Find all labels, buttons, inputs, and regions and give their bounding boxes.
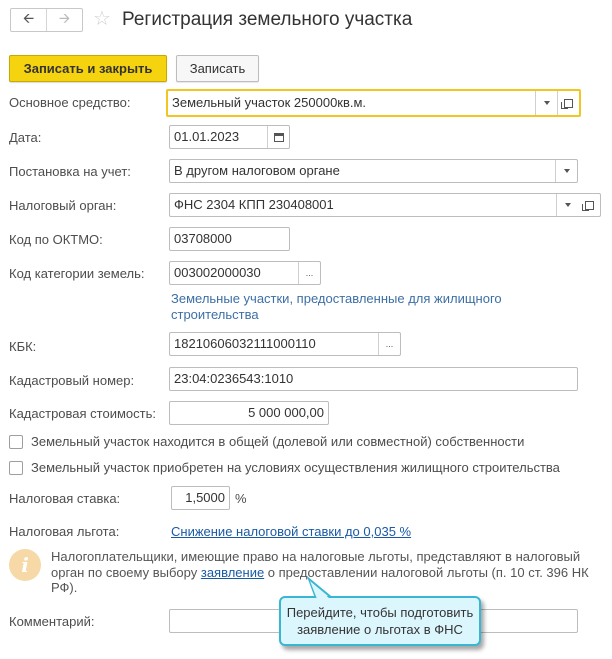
cadastral-number-field[interactable]: 23:04:0236543:1010 [169, 367, 578, 391]
asset-dropdown-button[interactable] [535, 91, 557, 115]
date-value: 01.01.2023 [170, 126, 267, 148]
kbk-label: КБК: [9, 339, 36, 355]
date-label: Дата: [9, 130, 41, 146]
tax-rate-label: Налоговая ставка: [9, 491, 120, 507]
tax-benefit-label: Налоговая льгота: [9, 524, 119, 540]
asset-value: Земельный участок 250000кв.м. [168, 91, 535, 115]
tax-authority-label: Налоговый орган: [9, 198, 116, 214]
save-and-close-button[interactable]: Записать и закрыть [9, 55, 167, 82]
cadastral-value-field[interactable]: 5 000 000,00 [169, 401, 329, 425]
back-button[interactable]: 🡨 [11, 9, 46, 31]
kbk-field[interactable]: 18210606032111000110 ... [169, 332, 401, 356]
arrow-left-icon: 🡨 [23, 8, 34, 32]
tooltip-tail-cover [300, 578, 340, 602]
land-category-value: 003002000030 [170, 262, 298, 284]
cadastral-number-value: 23:04:0236543:1010 [170, 368, 577, 390]
statement-link[interactable]: заявление [201, 565, 264, 580]
tax-authority-dropdown-button[interactable] [556, 194, 578, 216]
tax-rate-field[interactable]: 1,5000 [171, 486, 230, 510]
comment-label: Комментарий: [9, 614, 95, 630]
housing-construction-checkbox[interactable] [9, 461, 23, 475]
oktmo-field[interactable]: 03708000 [169, 227, 290, 251]
asset-label: Основное средство: [9, 95, 131, 111]
tax-authority-open-button[interactable] [578, 194, 600, 216]
chevron-down-icon [544, 101, 550, 105]
forward-button[interactable]: 🡪 [46, 9, 82, 31]
asset-field[interactable]: Земельный участок 250000кв.м. [166, 89, 581, 117]
open-icon [585, 201, 594, 210]
open-icon [564, 99, 573, 108]
cadastral-value-value: 5 000 000,00 [170, 402, 328, 424]
shared-ownership-label: Земельный участок находится в общей (дол… [31, 434, 524, 449]
housing-construction-checkbox-row[interactable]: Земельный участок приобретен на условиях… [9, 460, 560, 475]
tooltip: Перейдите, чтобы подготовить заявление о… [279, 596, 481, 646]
calendar-icon [274, 133, 284, 142]
registration-label: Постановка на учет: [9, 164, 131, 180]
registration-value: В другом налоговом органе [170, 160, 555, 182]
land-category-field[interactable]: 003002000030 ... [169, 261, 321, 285]
cadastral-number-label: Кадастровый номер: [9, 373, 134, 389]
shared-ownership-checkbox[interactable] [9, 435, 23, 449]
shared-ownership-checkbox-row[interactable]: Земельный участок находится в общей (дол… [9, 434, 524, 449]
tax-authority-field[interactable]: ФНС 2304 КПП 230408001 [169, 193, 601, 217]
kbk-value: 18210606032111000110 [170, 333, 378, 355]
land-category-description: Земельные участки, предоставленные для ж… [171, 291, 531, 323]
oktmo-value: 03708000 [170, 228, 289, 250]
favorite-star-icon[interactable]: ☆ [93, 7, 111, 31]
chevron-down-icon [564, 169, 570, 173]
tax-authority-value: ФНС 2304 КПП 230408001 [170, 194, 556, 216]
info-icon: i [9, 549, 41, 581]
oktmo-label: Код по ОКТМО: [9, 232, 103, 248]
tax-rate-unit: % [235, 491, 247, 506]
housing-construction-label: Земельный участок приобретен на условиях… [31, 460, 560, 475]
chevron-down-icon [565, 203, 571, 207]
asset-open-button[interactable] [557, 91, 579, 115]
tax-rate-value: 1,5000 [172, 487, 229, 509]
save-button[interactable]: Записать [176, 55, 259, 82]
land-category-label: Код категории земель: [9, 266, 144, 282]
arrow-right-icon: 🡪 [59, 8, 70, 32]
navigation-buttons: 🡨 🡪 [10, 8, 83, 32]
calendar-button[interactable] [267, 126, 289, 148]
cadastral-value-label: Кадастровая стоимость: [9, 406, 156, 422]
kbk-select-button[interactable]: ... [378, 333, 400, 355]
land-category-select-button[interactable]: ... [298, 262, 320, 284]
registration-select[interactable]: В другом налоговом органе [169, 159, 578, 183]
registration-dropdown-button[interactable] [555, 160, 577, 182]
window-title: Регистрация земельного участка [122, 7, 412, 33]
tax-benefit-link[interactable]: Снижение налоговой ставки до 0,035 % [171, 524, 411, 539]
date-field[interactable]: 01.01.2023 [169, 125, 290, 149]
